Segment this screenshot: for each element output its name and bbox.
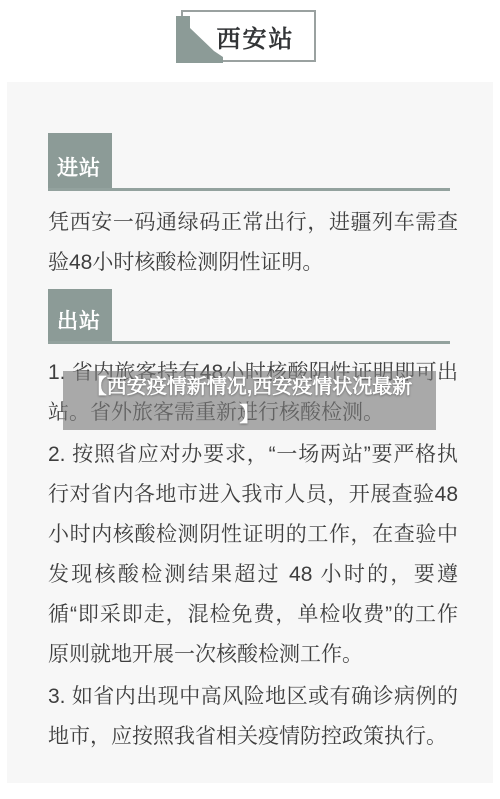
section-label-exit-text: 出站 — [57, 305, 101, 335]
exit-rule-item-3: 3. 如省内出现中高风险地区或有确诊病例的地市，应按照我省相关疫情防控政策执行。 — [48, 677, 458, 757]
notice-card: 进站 凭西安一码通绿码正常出行，进疆列车需查验48小时核酸检测阴性证明。 出站 … — [7, 82, 493, 783]
watermark-overlay: 【西安疫情新情况,西安疫情状况最新 】 — [63, 371, 436, 430]
notice-page: 西安站 进站 凭西安一码通绿码正常出行，进疆列车需查验48小时核酸检测阴性证明。… — [0, 0, 500, 799]
corner-ribbon-icon — [176, 16, 223, 63]
section-rule-enter — [48, 188, 450, 191]
section-label-enter-station: 进站 — [48, 133, 112, 190]
exit-rule-item-2: 2. 按照省应对办要求，“一场两站”要严格执行对省内各地市进入我市人员，开展查验… — [48, 435, 458, 675]
paragraph: 凭西安一码通绿码正常出行，进疆列车需查验48小时核酸检测阴性证明。 — [48, 203, 458, 283]
watermark-text-line2: 】 — [240, 401, 260, 429]
section-rule-exit — [48, 341, 450, 344]
enter-station-paragraph: 凭西安一码通绿码正常出行，进疆列车需查验48小时核酸检测阴性证明。 — [48, 203, 458, 285]
section-label-enter-text: 进站 — [57, 152, 101, 182]
watermark-text-line1: 【西安疫情新情况,西安疫情状况最新 — [87, 373, 413, 401]
section-label-exit-station: 出站 — [48, 289, 112, 343]
